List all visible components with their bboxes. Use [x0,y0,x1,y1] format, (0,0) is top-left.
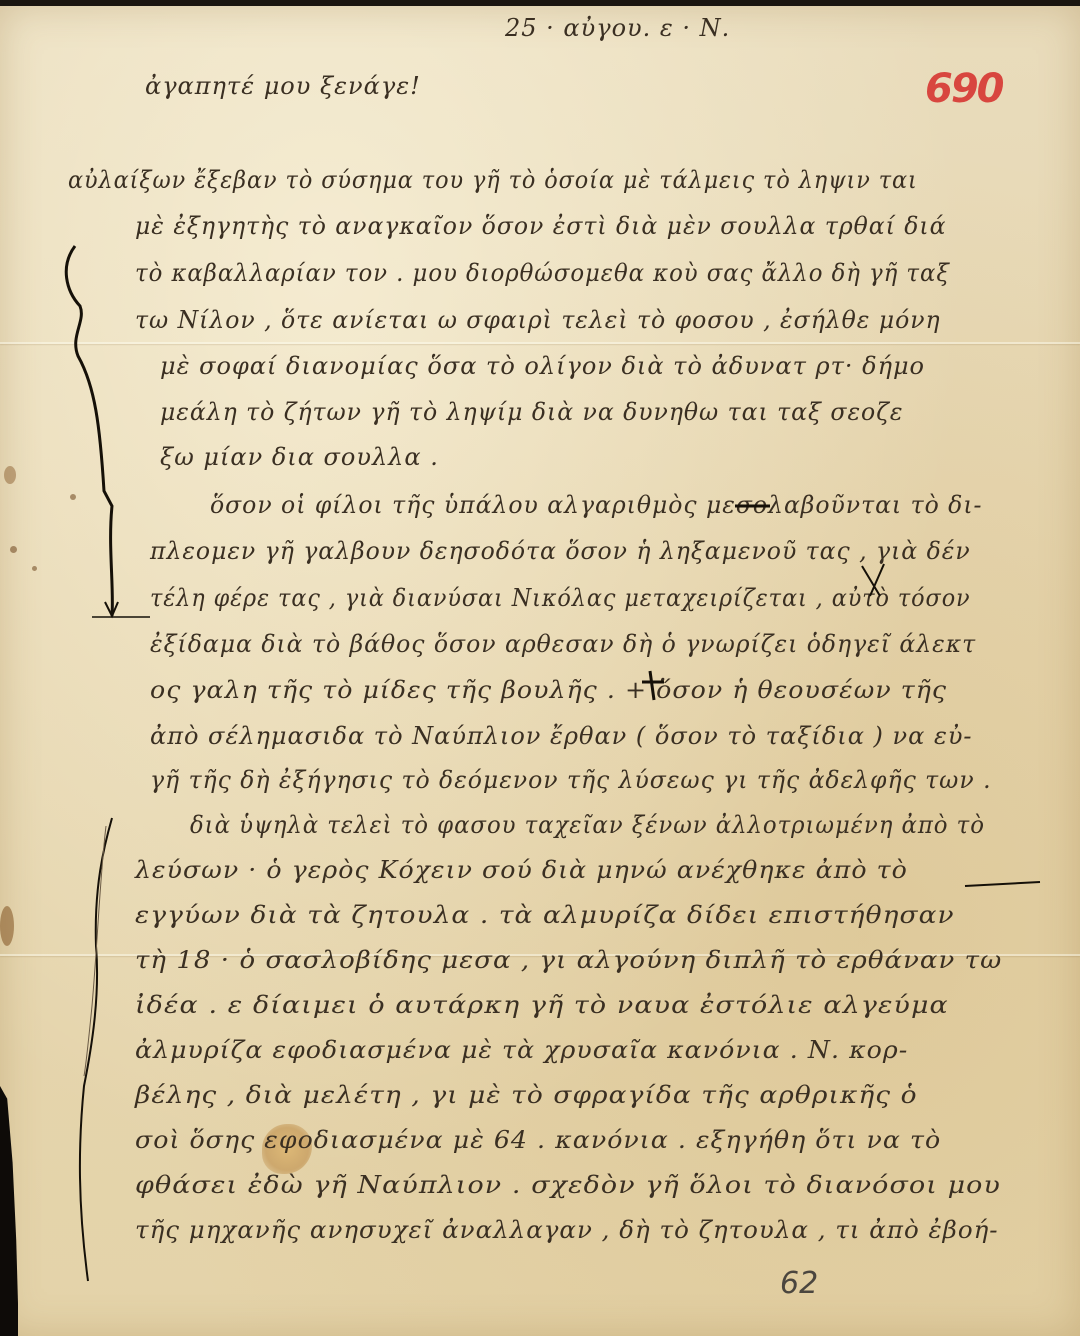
margin-marks [0,6,1080,1336]
insertion-mark-icon [642,671,664,700]
strike-through [965,882,1040,886]
manuscript-page: 25 · αὐγου. ε · Ν. ἀγαπητέ μου ξενάγε! 6… [0,6,1080,1336]
margin-bracket-upper [66,246,112,616]
insertion-mark-icon [862,564,884,596]
margin-bracket-lower [80,818,112,1281]
